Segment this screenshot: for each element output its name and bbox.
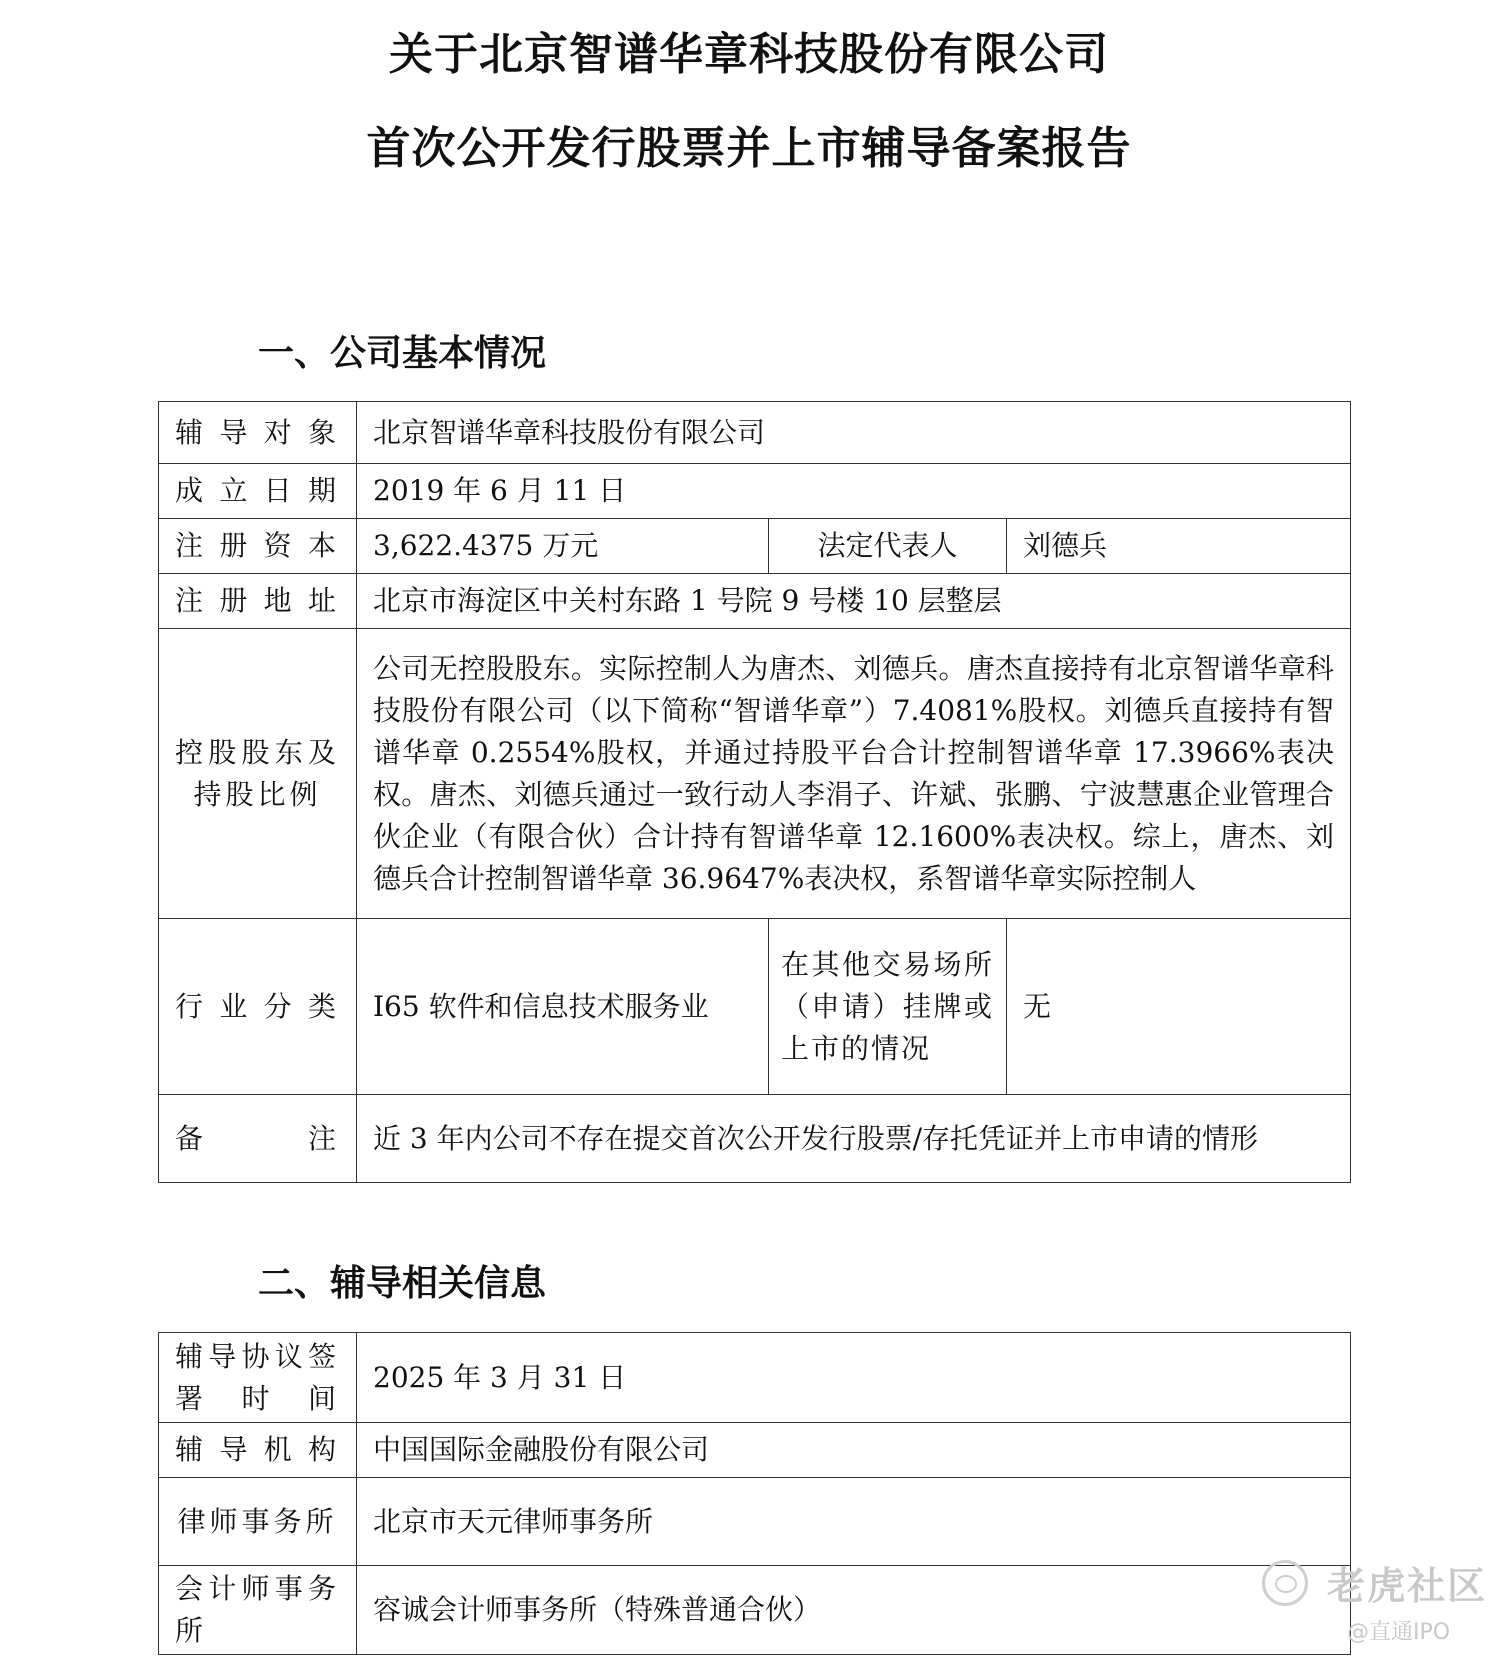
document-title-line1: 关于北京智谱华章科技股份有限公司: [0, 18, 1498, 82]
value-agreement-date: 2025 年 3 月 31 日: [357, 1333, 1351, 1423]
label-address: 注册地址: [159, 574, 357, 629]
label-subject: 辅导对象: [159, 402, 357, 464]
label-institution: 辅导机构: [159, 1423, 357, 1478]
table-row: 控股股东及持股比例 公司无控股股东。实际控制人为唐杰、刘德兵。唐杰直接持有北京智…: [159, 629, 1351, 919]
tiger-logo-icon: [1262, 1560, 1308, 1606]
watermark: 老虎社区 @直通IPO: [1262, 1555, 1487, 1610]
label-accounting-firm: 会计师事务所: [159, 1566, 357, 1655]
counseling-info-table: 辅导协议签署时间 2025 年 3 月 31 日 辅导机构 中国国际金融股份有限…: [158, 1332, 1351, 1655]
table-row: 辅导对象 北京智谱华章科技股份有限公司: [159, 402, 1351, 464]
table-row: 会计师事务所 容诚会计师事务所（特殊普通合伙）: [159, 1566, 1351, 1655]
value-address: 北京市海淀区中关村东路 1 号院 9 号楼 10 层整层: [357, 574, 1351, 629]
label-industry: 行业分类: [159, 919, 357, 1095]
value-capital: 3,622.4375 万元: [357, 519, 769, 574]
table-row: 备注 近 3 年内公司不存在提交首次公开发行股票/存托凭证并上市申请的情形: [159, 1095, 1351, 1183]
section-heading-counseling-info: 二、辅导相关信息: [258, 1255, 546, 1306]
label-established: 成立日期: [159, 464, 357, 519]
label-legal-rep: 法定代表人: [769, 519, 1007, 574]
value-other-listing: 无: [1007, 919, 1351, 1095]
watermark-brand: 老虎社区: [1327, 1564, 1487, 1608]
value-legal-rep: 刘德兵: [1007, 519, 1351, 574]
table-row: 行业分类 I65 软件和信息技术服务业 在其他交易场所（申请）挂牌或上市的情况 …: [159, 919, 1351, 1095]
section-heading-company-basics: 一、公司基本情况: [258, 325, 546, 376]
value-industry: I65 软件和信息技术服务业: [357, 919, 769, 1095]
document-title-line2: 首次公开发行股票并上市辅导备案报告: [0, 112, 1498, 176]
value-shareholders: 公司无控股股东。实际控制人为唐杰、刘德兵。唐杰直接持有北京智谱华章科技股份有限公…: [357, 629, 1351, 919]
table-row: 辅导机构 中国国际金融股份有限公司: [159, 1423, 1351, 1478]
label-shareholders: 控股股东及持股比例: [159, 629, 357, 919]
table-row: 律师事务所 北京市天元律师事务所: [159, 1478, 1351, 1566]
label-remarks: 备注: [159, 1095, 357, 1183]
value-institution: 中国国际金融股份有限公司: [357, 1423, 1351, 1478]
value-subject: 北京智谱华章科技股份有限公司: [357, 402, 1351, 464]
value-remarks: 近 3 年内公司不存在提交首次公开发行股票/存托凭证并上市申请的情形: [357, 1095, 1351, 1183]
table-row: 注册资本 3,622.4375 万元 法定代表人 刘德兵: [159, 519, 1351, 574]
table-row: 注册地址 北京市海淀区中关村东路 1 号院 9 号楼 10 层整层: [159, 574, 1351, 629]
value-accounting-firm: 容诚会计师事务所（特殊普通合伙）: [357, 1566, 1351, 1655]
value-law-firm: 北京市天元律师事务所: [357, 1478, 1351, 1566]
company-basics-table: 辅导对象 北京智谱华章科技股份有限公司 成立日期 2019 年 6 月 11 日…: [158, 401, 1351, 1183]
label-other-listing: 在其他交易场所（申请）挂牌或上市的情况: [769, 919, 1007, 1095]
label-law-firm: 律师事务所: [159, 1478, 357, 1566]
label-capital: 注册资本: [159, 519, 357, 574]
value-established: 2019 年 6 月 11 日: [357, 464, 1351, 519]
label-agreement-date: 辅导协议签署时间: [159, 1333, 357, 1423]
watermark-handle: @直通IPO: [1347, 1615, 1450, 1646]
table-row: 辅导协议签署时间 2025 年 3 月 31 日: [159, 1333, 1351, 1423]
table-row: 成立日期 2019 年 6 月 11 日: [159, 464, 1351, 519]
